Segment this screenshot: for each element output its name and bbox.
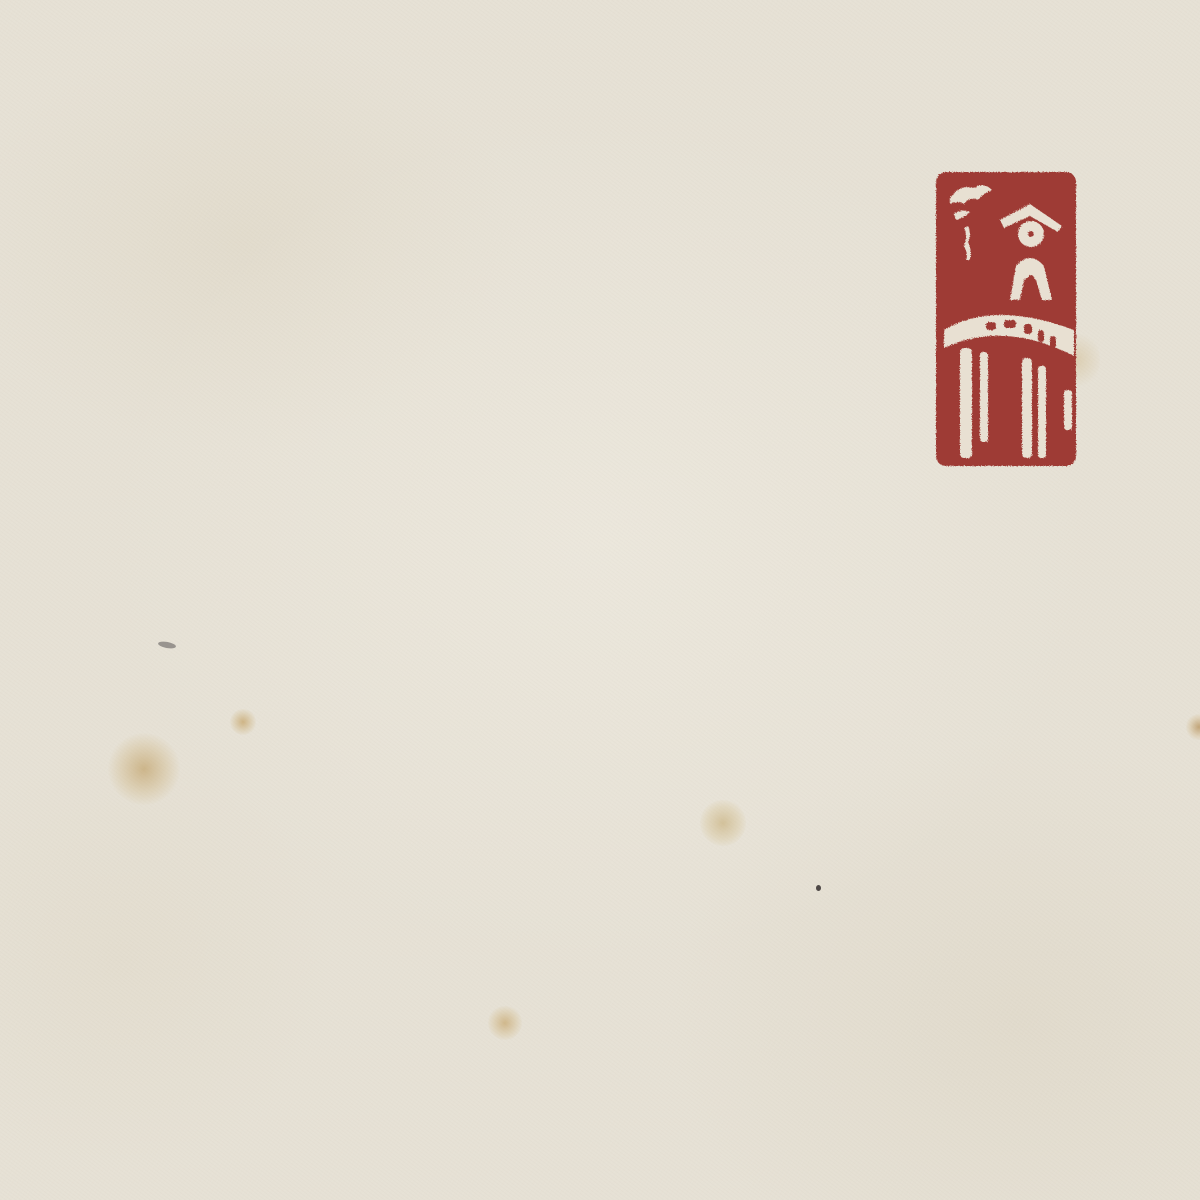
red-seal-stamp: [934, 170, 1078, 468]
foxing-stain-center: [700, 800, 746, 846]
seal-tower-bridge-icon: [934, 170, 1078, 468]
foxing-stain-right-edge: [1186, 714, 1200, 740]
aged-paper-background: [0, 0, 1200, 1200]
large-foxing-stain: [108, 733, 180, 805]
small-foxing-stain-left: [230, 709, 256, 735]
dark-speck-center: [816, 885, 821, 891]
foxing-stain-bottom: [488, 1006, 522, 1040]
dark-speck-left: [158, 640, 177, 649]
